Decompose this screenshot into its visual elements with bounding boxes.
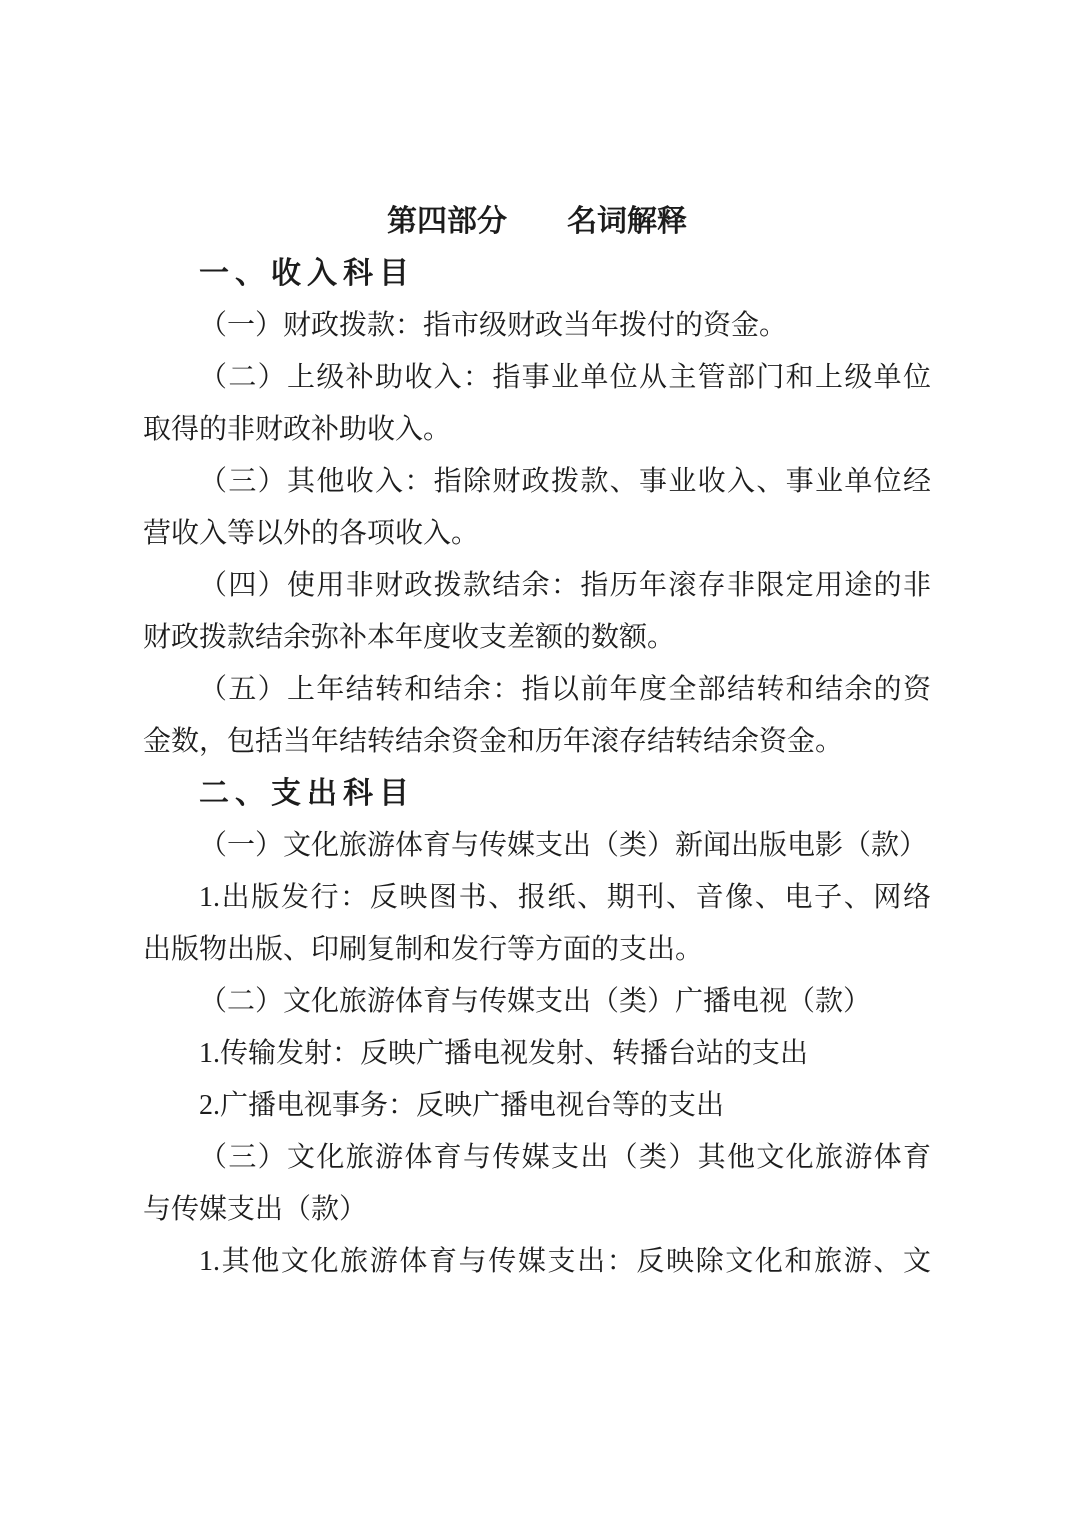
expenditure-item-1: （一）文化旅游体育与传媒支出（类）新闻出版电影（款） [143,820,931,872]
expenditure-item-3-line-2: 与传媒支出（款） [143,1184,931,1236]
expenditure-item-2: （二）文化旅游体育与传媒支出（类）广播电视（款） [143,976,931,1028]
document-page: 第四部分 名词解释 一、收入科目（一）财政拨款：指市级财政当年拨付的资金。（二）… [0,0,1074,1520]
document-body: 一、收入科目（一）财政拨款：指市级财政当年拨付的资金。（二）上级补助收入：指事业… [143,248,931,1288]
income-item-2-line-1: （二）上级补助收入：指事业单位从主管部门和上级单位 [143,352,931,404]
income-item-3-line-2: 营收入等以外的各项收入。 [143,508,931,560]
expenditure-item-2-sub-2: 2.广播电视事务：反映广播电视台等的支出 [143,1080,931,1132]
income-item-3-line-1: （三）其他收入：指除财政拨款、事业收入、事业单位经 [143,456,931,508]
expenditure-item-1-sub-1-line-2: 出版物出版、印刷复制和发行等方面的支出。 [143,924,931,976]
expenditure-item-3-sub-1: 1.其他文化旅游体育与传媒支出：反映除文化和旅游、文 [143,1236,931,1288]
expenditure-item-2-sub-1: 1.传输发射：反映广播电视发射、转播台站的支出 [143,1028,931,1080]
document-content: 第四部分 名词解释 一、收入科目（一）财政拨款：指市级财政当年拨付的资金。（二）… [143,196,931,1288]
income-item-4-line-2: 财政拨款结余弥补本年度收支差额的数额。 [143,612,931,664]
income-item-5-line-1: （五）上年结转和结余：指以前年度全部结转和结余的资 [143,664,931,716]
section-expenditure-heading: 二、支出科目 [143,768,931,820]
income-item-1: （一）财政拨款：指市级财政当年拨付的资金。 [143,300,931,352]
document-title: 第四部分 名词解释 [143,196,931,248]
income-item-4-line-1: （四）使用非财政拨款结余：指历年滚存非限定用途的非 [143,560,931,612]
income-item-5-line-2: 金数，包括当年结转结余资金和历年滚存结转结余资金。 [143,716,931,768]
section-income-heading: 一、收入科目 [143,248,931,300]
expenditure-item-3-line-1: （三）文化旅游体育与传媒支出（类）其他文化旅游体育 [143,1132,931,1184]
expenditure-item-1-sub-1-line-1: 1.出版发行：反映图书、报纸、期刊、音像、电子、网络 [143,872,931,924]
income-item-2-line-2: 取得的非财政补助收入。 [143,404,931,456]
